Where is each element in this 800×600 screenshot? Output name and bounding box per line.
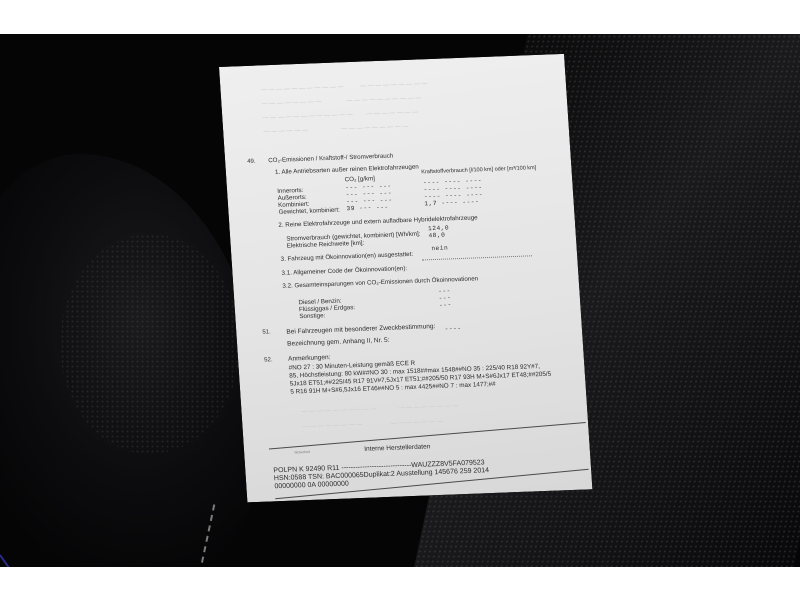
item-number-49: 49. [247, 159, 256, 166]
row-co2-gewichtet: 39 --- --- [346, 204, 389, 213]
internal-small-label: Sicherheit [294, 450, 310, 455]
section-3-1-label: 3.1. Allgemeiner Code der Ökoinnovation(… [281, 265, 407, 277]
section-3-1-value-line [422, 255, 532, 260]
row-fuel-gewichtet: 1,7 ---- ---- [424, 198, 479, 208]
item-49-title: CO₂-Emissionen / Kraftstoff-/ Stromverbr… [268, 152, 394, 164]
seat-perforation-left [60, 234, 240, 454]
internal-title: Interne Herstellerdaten [364, 443, 431, 453]
section-3-label: 3. Fahrzeug mit Ökoinnovation(en) ausges… [280, 251, 413, 263]
item-number-51: 51. [262, 329, 271, 336]
item-51-value: ---- [444, 325, 461, 333]
item-52-title: Anmerkungen: [288, 354, 331, 363]
reichweite-label: Elektrische Reichweite [km]: [287, 240, 365, 250]
sonstige-label: Sonstige: [299, 312, 325, 320]
seat-piping [0, 554, 24, 567]
item-number-52: 52. [264, 357, 273, 364]
section-1-label: 1. Alle Antriebsarten außer reinen Elekt… [275, 164, 419, 177]
registration-document: — — — — — — — — — — — — — — — — — — — — … [219, 54, 592, 502]
reichweite-value: 48,0 [428, 232, 445, 240]
sonstige-value: --- [439, 301, 452, 309]
fuel-header: Kraftstoffverbrauch [l/100 km] oder [m³/… [421, 165, 536, 176]
item-51-line1: Bei Fahrzeugen mit besonderer Zweckbesti… [286, 323, 435, 336]
bleed-through-text: — — — — — — — — — — — — — — — — — — — — [260, 81, 427, 95]
internal-line-3: 00000000 0A 00000000 [274, 480, 349, 491]
item-51-line2: Bezeichnung gem. Anhang II, Nr. 5: [287, 337, 390, 349]
row-label-gewichtet: Gewichtet, kombiniert: [278, 207, 340, 217]
section-3-value: nein [431, 244, 448, 252]
